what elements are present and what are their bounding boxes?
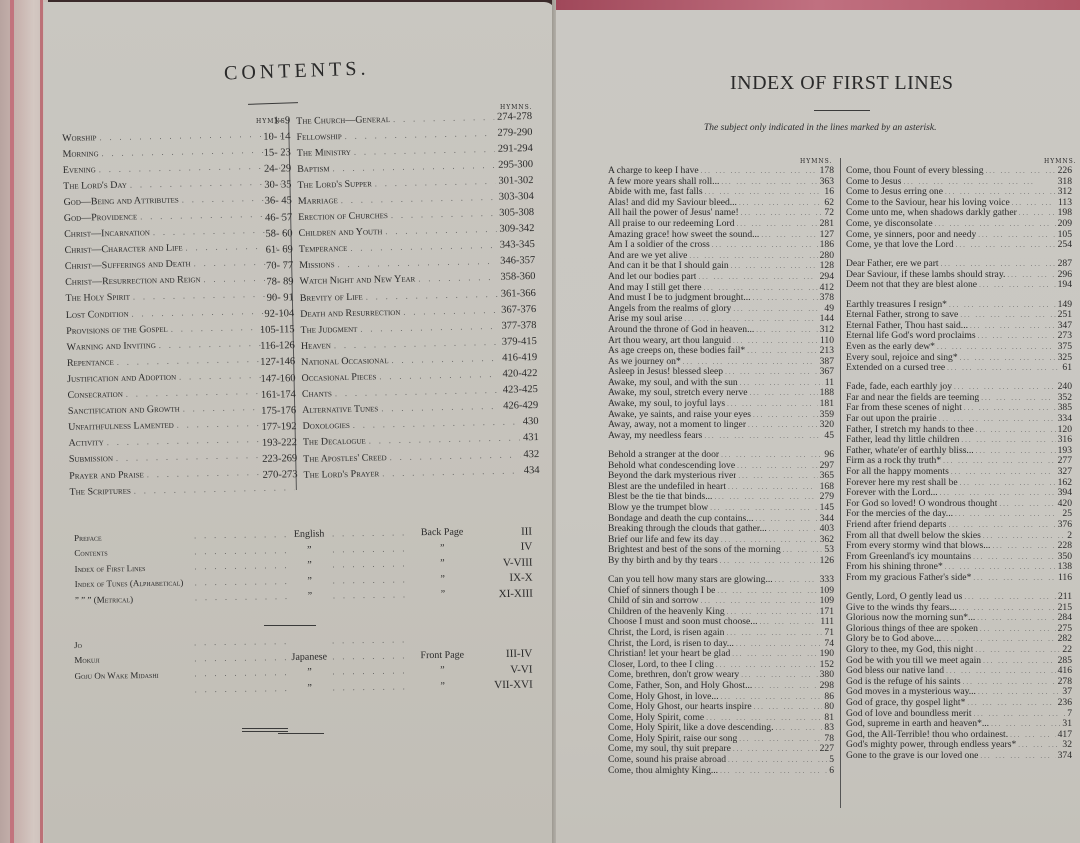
first-line-text: Come, Holy Spirit, raise our song xyxy=(608,734,737,745)
index-entry[interactable]: Abide with me, fast falls... ... ... ...… xyxy=(608,187,834,198)
index-entry[interactable]: God's mighty power, through endless year… xyxy=(846,740,1072,751)
contents-entry-range: 223-269 xyxy=(261,451,297,468)
first-line-text: Come, ye that love the Lord xyxy=(846,240,954,251)
index-entry[interactable]: Christ, the Lord, is risen to day...... … xyxy=(608,639,834,650)
leader-dots: ... ... ... ... ... ... ... ... ... xyxy=(999,499,1055,510)
first-line-text: Christian! let your heart be glad xyxy=(608,649,730,660)
contents-entry-label: Worship xyxy=(62,132,97,144)
front-matter-label: Preface xyxy=(74,531,194,543)
hymn-number: 22 xyxy=(1062,645,1072,656)
leader-dots: ... ... ... ... ... ... ... ... ... xyxy=(706,713,822,724)
index-entry[interactable]: Chief of sinners though I be... ... ... … xyxy=(608,586,834,597)
index-entry[interactable]: As we journey on*... ... ... ... ... ...… xyxy=(608,357,834,368)
front-matter-language: ” xyxy=(286,560,332,572)
index-entry[interactable]: All praise to our redeeming Lord... ... … xyxy=(608,219,834,230)
index-entry[interactable]: And may I still get there... ... ... ...… xyxy=(608,283,834,294)
index-entry[interactable]: Come, thou almighty King...... ... ... .… xyxy=(608,766,834,777)
first-line-text: Breaking through the clouds that gather.… xyxy=(608,524,767,535)
index-entry[interactable]: Glory to thee, my God, this night... ...… xyxy=(846,645,1072,656)
first-line-text: Dear Father, ere we part xyxy=(846,259,939,270)
index-entry[interactable]: Glory be to God above...... ... ... ... … xyxy=(846,634,1072,645)
leader-dots: . . . . . . . . . . . . . . . . . . . . … xyxy=(194,530,286,540)
index-entry[interactable]: Far and near the fields are teeming... .… xyxy=(846,393,1072,404)
group-spacer xyxy=(608,566,834,575)
first-line-text: Glorious things of thee are spoken xyxy=(846,624,978,635)
leader-dots: ... ... ... ... ... ... ... ... ... xyxy=(964,592,1056,603)
index-entry[interactable]: Glorious now the morning sun*...... ... … xyxy=(846,613,1072,624)
index-entry[interactable]: Gently, Lord, O gently lead us... ... ..… xyxy=(846,592,1072,603)
leader-dots: ... ... ... ... ... ... ... ... ... xyxy=(991,719,1060,730)
leader-dots: ... ... ... ... ... ... ... ... ... xyxy=(980,624,1056,635)
contents-entry-label: The Decalogue xyxy=(303,436,366,448)
hymn-number: 96 xyxy=(824,450,834,461)
leader-dots: ... ... ... ... ... ... ... ... ... xyxy=(727,607,818,618)
hymn-number: 211 xyxy=(1058,592,1072,603)
index-entry[interactable]: Breaking through the clouds that gather.… xyxy=(608,524,834,535)
leader-dots: . . . . . . . . . . . . . . . . . . . . … xyxy=(382,466,521,478)
first-line-text: Fade, fade, each earthly joy xyxy=(846,382,952,393)
leader-dots: ... ... ... ... ... ... ... ... ... xyxy=(943,456,1055,467)
front-matter-pages: V-VIII xyxy=(472,556,532,569)
group-spacer xyxy=(846,374,1072,383)
index-entry[interactable]: Come, sound his praise abroad... ... ...… xyxy=(608,755,834,766)
first-line-text: Awake, my soul, and with the sun xyxy=(608,378,738,389)
leader-dots: . . . . . . . . . . . . . . . . . . . . … xyxy=(418,273,497,284)
leader-dots: ... ... ... ... ... ... ... ... ... xyxy=(710,503,817,514)
index-entry[interactable]: From all that dwell below the skies... .… xyxy=(846,531,1072,542)
first-line-text: Father, lead thy little children xyxy=(846,435,959,446)
contents-entry-range: 423-425 xyxy=(503,384,538,396)
index-entry[interactable]: Alas! and did my Saviour bleed...... ...… xyxy=(608,198,834,209)
hymn-number: 61 xyxy=(1062,363,1072,374)
index-entry[interactable]: All hail the power of Jesus' name!... ..… xyxy=(608,208,834,219)
leader-dots: ... ... ... ... ... ... ... ... ... xyxy=(960,310,1055,321)
index-entry[interactable]: Away, my needless fears... ... ... ... .… xyxy=(608,431,834,442)
first-line-text: Bondage and death the cup contains... xyxy=(608,514,753,525)
leader-dots: . . . . . . . . . . . . . . . . . . . . … xyxy=(390,450,521,462)
contents-entry-range: 61- 69 xyxy=(257,242,293,259)
index-entry[interactable]: God bless our native land... ... ... ...… xyxy=(846,666,1072,677)
hymn-number: 376 xyxy=(1058,520,1072,531)
contents-entry-range: 175-176 xyxy=(260,403,296,420)
contents-entry-range: 431 xyxy=(523,432,539,443)
first-line-text: Firm as a rock thy truth* xyxy=(846,456,941,467)
leader-dots: . . . . . . . . . . . . . . . . . . . . … xyxy=(195,577,287,587)
first-line-text: All hail the power of Jesus' name! xyxy=(608,208,739,219)
index-entry[interactable]: Come, Father, Son, and Holy Ghost...... … xyxy=(608,681,834,692)
index-entry[interactable]: Come, my soul, thy suit prepare... ... .… xyxy=(608,744,834,755)
leader-dots: . . . . . . . . . . . . . . . . . . . . … xyxy=(381,402,500,413)
leader-dots: ... ... ... ... ... ... ... ... ... xyxy=(935,219,1056,230)
index-entry[interactable]: Arise my soul arise... ... ... ... ... .… xyxy=(608,314,834,325)
leader-dots: ... ... ... ... ... ... ... ... ... xyxy=(741,208,823,219)
contents-entry-range: 1- 9 xyxy=(254,113,290,130)
leader-dots: . . . . . . . . . . . . . . . . . . . . … xyxy=(332,544,412,554)
front-matter-location: ” xyxy=(413,680,473,692)
front-matter-label: Goju On Wake Midashi xyxy=(74,669,194,681)
index-entry[interactable]: And must I be to judgment brought...... … xyxy=(608,293,834,304)
index-entry[interactable]: Eternal life God's word proclaims... ...… xyxy=(846,331,1072,342)
index-entry[interactable]: A charge to keep I have... ... ... ... .… xyxy=(608,166,834,177)
leader-dots: ... ... ... ... ... ... ... ... ... xyxy=(960,478,1056,489)
index-entry[interactable]: God, supreme in earth and heaven*...... … xyxy=(846,719,1072,730)
index-entry[interactable]: Come, brethren, don't grow weary... ... … xyxy=(608,670,834,681)
index-entry[interactable]: Around the throne of God in heaven......… xyxy=(608,325,834,336)
index-entry[interactable]: Awake, my soul, and with the sun... ... … xyxy=(608,378,834,389)
first-line-text: Friend after friend departs xyxy=(846,520,946,531)
contents-entry-label: Marriage xyxy=(298,195,338,207)
index-entry[interactable]: Come to the Saviour, hear his loving voi… xyxy=(846,198,1072,209)
leader-dots: ... ... ... ... ... ... ... ... ... xyxy=(949,300,1056,311)
contents-entry-range: 78- 89 xyxy=(257,274,293,291)
hymn-number: 194 xyxy=(1058,280,1072,291)
first-line-text: God bless our native land xyxy=(846,666,944,677)
index-entry[interactable]: Far from these scenes of night... ... ..… xyxy=(846,403,1072,414)
first-line-text: And can it be that I should gain xyxy=(608,261,729,272)
first-line-text: Child of sin and sorrow xyxy=(608,596,699,607)
index-entry[interactable]: Christian! let your heart be glad... ...… xyxy=(608,649,834,660)
first-line-text: Christ, the Lord, is risen to day... xyxy=(608,639,734,650)
index-entry[interactable]: Behold a stranger at the door... ... ...… xyxy=(608,450,834,461)
index-entry[interactable]: Come, Holy Ghost, our hearts inspire... … xyxy=(608,702,834,713)
leader-dots: ... ... ... ... ... ... ... ... ... xyxy=(720,766,827,777)
first-line-text: Glorious now the morning sun*... xyxy=(846,613,975,624)
contents-entry-label: Provisions of the Gospel xyxy=(66,324,168,337)
front-matter-language: English xyxy=(286,529,332,541)
index-entry[interactable]: Come to Jesus... ... ... ... ... ... ...… xyxy=(846,177,1072,188)
hymn-number: 236 xyxy=(1058,698,1072,709)
index-entry[interactable]: God, the All-Terrible! thou who ordaines… xyxy=(846,730,1072,741)
contents-entry-range: 279-290 xyxy=(497,127,532,139)
leader-dots: ... ... ... ... ... ... ... ... ... xyxy=(720,556,818,567)
index-entry[interactable]: Eternal Father, strong to save... ... ..… xyxy=(846,310,1072,321)
contents-entry-range: 430 xyxy=(523,416,539,427)
leader-dots: ... ... ... ... ... ... ... ... ... xyxy=(721,177,817,188)
end-rule-2 xyxy=(278,733,324,734)
leader-dots: ... ... ... ... ... ... ... ... ... xyxy=(975,645,1060,656)
index-entry[interactable]: For the mercies of the day...... ... ...… xyxy=(846,509,1072,520)
front-matter-language: ” xyxy=(287,575,333,587)
contents-entry-label: The Scriptures xyxy=(69,485,130,497)
contents-entry-label: The Church—General xyxy=(296,114,390,127)
leader-dots: ... ... ... ... ... ... ... ... ... xyxy=(716,660,818,671)
index-entry[interactable]: Awake, my soul, stretch every nerve... .… xyxy=(608,388,834,399)
leader-dots: ... ... ... ... ... ... ... ... ... xyxy=(736,639,822,650)
index-entry[interactable]: God moves in a mysterious way...... ... … xyxy=(846,687,1072,698)
leader-dots: ... ... ... ... ... ... ... ... ... xyxy=(714,492,817,503)
hymn-number: 71 xyxy=(824,628,834,639)
first-line-text: Far from these scenes of night xyxy=(846,403,962,414)
leader-dots: ... ... ... ... ... ... ... ... ... xyxy=(756,325,817,336)
index-entry[interactable]: Brightest and best of the sons of the mo… xyxy=(608,545,834,556)
contents-entry-range: 274-278 xyxy=(497,111,532,123)
leader-dots: ... ... ... ... ... ... ... ... ... xyxy=(940,488,1056,499)
first-line-text: Asleep in Jesus! blessed sleep xyxy=(608,367,723,378)
contents-entry-range: 291-294 xyxy=(498,143,533,155)
first-line-text: Awake, my soul, stretch every nerve xyxy=(608,388,748,399)
index-entry[interactable]: Come, Holy Ghost, in love...... ... ... … xyxy=(608,692,834,703)
index-entry[interactable]: A few more years shall roll...... ... ..… xyxy=(608,177,834,188)
index-entry[interactable]: God of grace, thy gospel light*... ... .… xyxy=(846,698,1072,709)
index-entry[interactable]: God of love and boundless merit... ... .… xyxy=(846,709,1072,720)
first-line-text: Come to Jesus erring one xyxy=(846,187,943,198)
front-matter-label: Contents xyxy=(74,547,194,559)
contents-entry-label: Christ—Sufferings and Death xyxy=(65,259,191,273)
hymn-number: 298 xyxy=(820,681,834,692)
index-entry[interactable]: Art thou weary, art thou languid... ... … xyxy=(608,336,834,347)
index-entry[interactable]: Forever with the Lord...... ... ... ... … xyxy=(846,488,1072,499)
front-matter-pages: VII-XVI xyxy=(473,679,533,692)
leader-dots: ... ... ... ... ... ... ... ... ... xyxy=(964,403,1056,414)
first-line-text: God of love and boundless merit xyxy=(846,709,972,720)
contents-entry-label: Baptism xyxy=(297,163,330,175)
index-entry[interactable]: Even as the early dew*... ... ... ... ..… xyxy=(846,342,1072,353)
index-entry[interactable]: Earthly treasures I resign*... ... ... .… xyxy=(846,300,1072,311)
index-entry[interactable]: Friend after friend departs... ... ... .… xyxy=(846,520,1072,531)
leader-dots: ... ... ... ... ... ... ... ... ... xyxy=(737,461,818,472)
index-entry[interactable]: God is the refuge of his saints... ... .… xyxy=(846,677,1072,688)
contents-entry-range: 46- 57 xyxy=(256,210,292,227)
contents-entry-label: Doxologies xyxy=(302,420,350,432)
contents-entry-label: Unfaithfulness Lamented xyxy=(68,420,174,433)
leader-dots: ... ... ... ... ... ... ... ... ... xyxy=(1007,270,1055,281)
first-line-text: And let our bodies part xyxy=(608,272,696,283)
index-column-divider xyxy=(840,158,841,808)
page-edge-stain xyxy=(556,0,1080,10)
contents-entry-range: 58- 60 xyxy=(256,226,292,243)
index-entry[interactable]: Come, thou Fount of every blessing... ..… xyxy=(846,166,1072,177)
index-entry[interactable]: Am I a soldier of the cross... ... ... .… xyxy=(608,240,834,251)
index-entry[interactable]: By thy birth and by thy tears... ... ...… xyxy=(608,556,834,567)
index-entry[interactable]: Firm as a rock thy truth*... ... ... ...… xyxy=(846,456,1072,467)
index-entry[interactable]: Choose I must and soon must choose......… xyxy=(608,617,834,628)
index-entry[interactable]: Dear Saviour, if these lambs should stra… xyxy=(846,270,1072,281)
leader-dots: . . . . . . . . . . . . . . . . . . . . … xyxy=(385,225,496,236)
index-entry[interactable]: Come to Jesus erring one... ... ... ... … xyxy=(846,187,1072,198)
first-line-text: Come, brethren, don't grow weary xyxy=(608,670,739,681)
index-entry[interactable]: Child of sin and sorrow... ... ... ... .… xyxy=(608,596,834,607)
contents-entry-range: 305-308 xyxy=(499,207,534,219)
index-entry[interactable]: Blest are the undefiled in heart... ... … xyxy=(608,482,834,493)
first-line-text: For all the happy moments xyxy=(846,467,949,478)
leader-dots: ... ... ... ... ... ... ... ... ... xyxy=(947,363,1060,374)
first-line-text: Glory be to God above... xyxy=(846,634,941,645)
first-line-text: From all that dwell below the skies xyxy=(846,531,981,542)
index-entry[interactable]: Behold what condescending love... ... ..… xyxy=(608,461,834,472)
front-matter-label: ” ” ” (Metrical) xyxy=(75,593,195,605)
hymn-number: 333 xyxy=(820,575,834,586)
first-line-text: Behold what condescending love xyxy=(608,461,735,472)
index-entry[interactable]: Bondage and death the cup contains......… xyxy=(608,514,834,525)
leader-dots: ... ... ... ... ... ... ... ... ... xyxy=(753,410,818,421)
index-entry[interactable]: Extended on a cursed tree... ... ... ...… xyxy=(846,363,1072,374)
front-matter-language: Japanese xyxy=(286,651,332,663)
index-entry[interactable]: From my gracious Father's side*... ... .… xyxy=(846,573,1072,584)
leader-dots: ... ... ... ... ... ... ... ... ... xyxy=(738,471,817,482)
leader-dots: . . . . . . . . . . . . . . . . . . . . … xyxy=(332,667,412,677)
index-entry[interactable]: Amazing grace! how sweet the sound......… xyxy=(608,230,834,241)
index-entry[interactable]: Come, ye sinners, poor and needy... ... … xyxy=(846,230,1072,241)
leader-dots: . . . . . . . . . . . . . . . . . . . . … xyxy=(379,370,499,382)
leader-dots: ... ... ... ... ... ... ... ... ... xyxy=(775,575,818,586)
index-entry[interactable]: Awake, my soul, to joyful lays... ... ..… xyxy=(608,399,834,410)
leader-dots: . . . . . . . . . . . . . . . . . . . . … xyxy=(375,177,496,189)
first-line-text: Come, Holy Ghost, our hearts inspire xyxy=(608,702,752,713)
contents-entry-label: The Judgment xyxy=(300,324,357,336)
index-entry[interactable]: Father, whate'er of earthly bliss...... … xyxy=(846,446,1072,457)
contents-entry-range: 420-422 xyxy=(502,368,537,380)
leader-dots: ... ... ... ... ... ... ... ... ... xyxy=(753,293,818,304)
index-entry[interactable]: Father, I stretch my hands to thee... ..… xyxy=(846,425,1072,436)
leader-dots: ... ... ... ... ... ... ... ... ... xyxy=(954,382,1056,393)
group-spacer xyxy=(608,441,834,450)
first-line-text: Behold a stranger at the door xyxy=(608,450,719,461)
index-entry[interactable]: And can it be that I should gain... ... … xyxy=(608,261,834,272)
leader-dots: ... ... ... ... ... ... ... ... ... xyxy=(1019,208,1056,219)
index-title-rule xyxy=(814,110,870,111)
front-matter-language: ” xyxy=(287,682,333,694)
index-entry[interactable]: Fade, fade, each earthly joy... ... ... … xyxy=(846,382,1072,393)
index-entry[interactable]: Dear Father, ere we part... ... ... ... … xyxy=(846,259,1072,270)
first-line-text: Blow ye the trumpet blow xyxy=(608,503,708,514)
leader-dots: ... ... ... ... ... ... ... ... ... xyxy=(955,509,1060,520)
hymn-number: 281 xyxy=(820,219,834,230)
group-spacer xyxy=(846,251,1072,260)
first-line-text: Come to the Saviour, hear his loving voi… xyxy=(846,198,1010,209)
index-entry[interactable]: Every soul, rejoice and sing*... ... ...… xyxy=(846,353,1072,364)
first-line-text: Eternal Father, Thou hast said... xyxy=(846,321,968,332)
index-entry[interactable]: From Greenland's icy mountains... ... ..… xyxy=(846,552,1072,563)
leader-dots: ... ... ... ... ... ... ... ... ... xyxy=(760,617,819,628)
first-line-text: Chief of sinners though I be xyxy=(608,586,715,597)
book-spread: CONTENTS. HYMNS. HYMNS. Worship. . . . .… xyxy=(0,0,1080,843)
index-entry[interactable]: Eternal Father, Thou hast said...... ...… xyxy=(846,321,1072,332)
contents-entry-range: 295-300 xyxy=(498,159,533,171)
first-line-text: Closer, Lord, to thee I cling xyxy=(608,660,714,671)
index-entry[interactable]: And let our bodies part... ... ... ... .… xyxy=(608,272,834,283)
leader-dots: ... ... ... ... ... ... ... ... ... xyxy=(974,709,1066,720)
end-rule-1 xyxy=(242,728,288,729)
index-entry[interactable]: As age creeps on, these bodies fail*... … xyxy=(608,346,834,357)
leader-dots: ... ... ... ... ... ... ... ... ... xyxy=(717,586,817,597)
leader-dots: . . . . . . . . . . . . . . . . . . . . … xyxy=(195,684,287,694)
leader-dots: . . . . . . . . . . . . . . . . . . . . … xyxy=(332,529,412,539)
first-line-text: Far and near the fields are teeming xyxy=(846,393,979,404)
first-line-text: From my gracious Father's side* xyxy=(846,573,971,584)
index-entry[interactable]: Come unto me, when shadows darkly gather… xyxy=(846,208,1072,219)
front-matter-label: Index of Tunes (Alphabetical) xyxy=(75,578,195,590)
front-matter-location xyxy=(412,639,472,640)
index-entry[interactable]: From every stormy wind that blows...... … xyxy=(846,541,1072,552)
index-entry[interactable]: Father, lead thy little children... ... … xyxy=(846,435,1072,446)
leader-dots: ... ... ... ... ... ... ... ... ... xyxy=(761,230,817,241)
leader-dots: . . . . . . . . . . . . . . . . . . . . … xyxy=(337,257,497,269)
front-matter-location: ” xyxy=(412,542,472,554)
index-entry[interactable]: God be with you till we meet again... ..… xyxy=(846,656,1072,667)
contents-entry-label: The Holy Spirit xyxy=(65,292,130,304)
index-entry[interactable]: Beyond the dark mysterious river... ... … xyxy=(608,471,834,482)
leader-dots: ... ... ... ... ... ... ... ... ... xyxy=(978,687,1060,698)
index-entry[interactable]: Awake, ye saints, and raise your eyes...… xyxy=(608,410,834,421)
index-entry[interactable]: Come, Holy Spirit, like a dove descendin… xyxy=(608,723,834,734)
index-entry[interactable]: Angels from the realms of glory... ... .… xyxy=(608,304,834,315)
leader-dots: ... ... ... ... ... ... ... ... ... xyxy=(963,677,1056,688)
index-entry[interactable]: Come, Holy Spirit, raise our song... ...… xyxy=(608,734,834,745)
contents-entry-label: Occasional Pieces xyxy=(301,371,376,384)
leader-dots: ... ... ... ... ... ... ... ... ... xyxy=(683,357,818,368)
contents-entry-label: The Ministry xyxy=(297,147,351,159)
index-entry[interactable]: Blest be the tie that binds...... ... ..… xyxy=(608,492,834,503)
contents-entry-label: The Lord's Prayer xyxy=(303,468,379,481)
contents-entry-label: The Lord's Day xyxy=(63,179,127,191)
hymn-number: 178 xyxy=(820,166,834,177)
leader-dots: ... ... ... ... ... ... ... ... ... xyxy=(946,666,1056,677)
front-matter-location: Front Page xyxy=(412,649,472,661)
index-entry[interactable]: Blow ye the trumpet blow... ... ... ... … xyxy=(608,503,834,514)
contents-entry-range: 301-302 xyxy=(498,175,533,187)
leader-dots: ... ... ... ... ... ... ... ... ... xyxy=(783,545,823,556)
index-entry[interactable]: Asleep in Jesus! blessed sleep... ... ..… xyxy=(608,367,834,378)
leader-dots: . . . . . . . . . . . . . . . . . . . . … xyxy=(369,434,521,446)
contents-entry-label: Death and Resurrection xyxy=(300,307,400,320)
leader-dots: ... ... ... ... ... ... ... ... ... xyxy=(986,166,1056,177)
first-line-text: Blest are the undefiled in heart xyxy=(608,482,726,493)
index-entry[interactable]: And are we yet alive... ... ... ... ... … xyxy=(608,251,834,262)
index-entry[interactable]: Closer, Lord, to thee I cling... ... ...… xyxy=(608,660,834,671)
index-entry[interactable]: Far out upon the prairie... ... ... ... … xyxy=(846,414,1072,425)
hymn-number: 374 xyxy=(1058,751,1072,762)
index-entry[interactable]: For all the happy moments... ... ... ...… xyxy=(846,467,1072,478)
leader-dots: ... ... ... ... ... ... ... ... ... xyxy=(684,314,817,325)
index-entry[interactable]: Forever here my rest shall be... ... ...… xyxy=(846,478,1072,489)
contents-entry-label: Chants xyxy=(302,388,332,400)
index-entry[interactable]: Away, away, not a moment to linger... ..… xyxy=(608,420,834,431)
index-entry[interactable]: From his shining throne*... ... ... ... … xyxy=(846,562,1072,573)
first-line-text: Come, Father, Son, and Holy Ghost... xyxy=(608,681,752,692)
front-matter-language xyxy=(286,641,332,642)
index-entry[interactable]: For God so loved! O wondrous thought... … xyxy=(846,499,1072,510)
first-line-text: Come, Holy Spirit, come xyxy=(608,713,704,724)
index-entry[interactable]: Come, ye that love the Lord... ... ... .… xyxy=(846,240,1072,251)
index-entry[interactable]: Can you tell how many stars are glowing.… xyxy=(608,575,834,586)
index-entry[interactable]: Deem not that they are blest alone... ..… xyxy=(846,280,1072,291)
first-line-text: Come, my soul, thy suit prepare xyxy=(608,744,731,755)
first-line-text: As age creeps on, these bodies fail* xyxy=(608,346,745,357)
leader-dots: . . . . . . . . . . . . . . . . . . . . … xyxy=(334,338,499,350)
hymns-header-index-right: HYMNS. xyxy=(1044,158,1076,165)
index-entry[interactable]: Glorious things of thee are spoken... ..… xyxy=(846,624,1072,635)
index-entry[interactable]: Come, Holy Spirit, come... ... ... ... .… xyxy=(608,713,834,724)
leader-dots: ... ... ... ... ... ... ... ... ... xyxy=(951,467,1056,478)
leader-dots: . . . . . . . . . . . . . . . . . . . . … xyxy=(194,546,286,556)
index-entry[interactable]: Come, ye disconsolate... ... ... ... ...… xyxy=(846,219,1072,230)
leader-dots: . . . . . . . . . . . . . . . . . . . . … xyxy=(350,241,497,253)
index-entry[interactable]: Give to the winds thy fears...... ... ..… xyxy=(846,603,1072,614)
hymn-number: 254 xyxy=(1058,240,1072,251)
index-entry[interactable]: Christ, the Lord, is risen again... ... … xyxy=(608,628,834,639)
index-entry[interactable]: Brief our life and few its day... ... ..… xyxy=(608,535,834,546)
leader-dots: ... ... ... ... ... ... ... ... ... xyxy=(977,613,1055,624)
index-entry[interactable]: Gone to the grave is our loved one... ..… xyxy=(846,751,1072,762)
first-line-text: Eternal Father, strong to save xyxy=(846,310,958,321)
contents-entry-label: Fellowship xyxy=(296,131,341,143)
hymn-number: 312 xyxy=(820,325,834,336)
index-entry[interactable]: Children of the heavenly King... ... ...… xyxy=(608,607,834,618)
leader-dots: . . . . . . . . . . . . . . . . . . . . … xyxy=(354,145,495,157)
leader-dots: . . . . . . . . . . . . . . . . . . . . … xyxy=(332,560,412,570)
leader-dots: ... ... ... ... ... ... ... ... ... xyxy=(733,336,818,347)
contents-entry-range: 177-192 xyxy=(260,419,296,436)
